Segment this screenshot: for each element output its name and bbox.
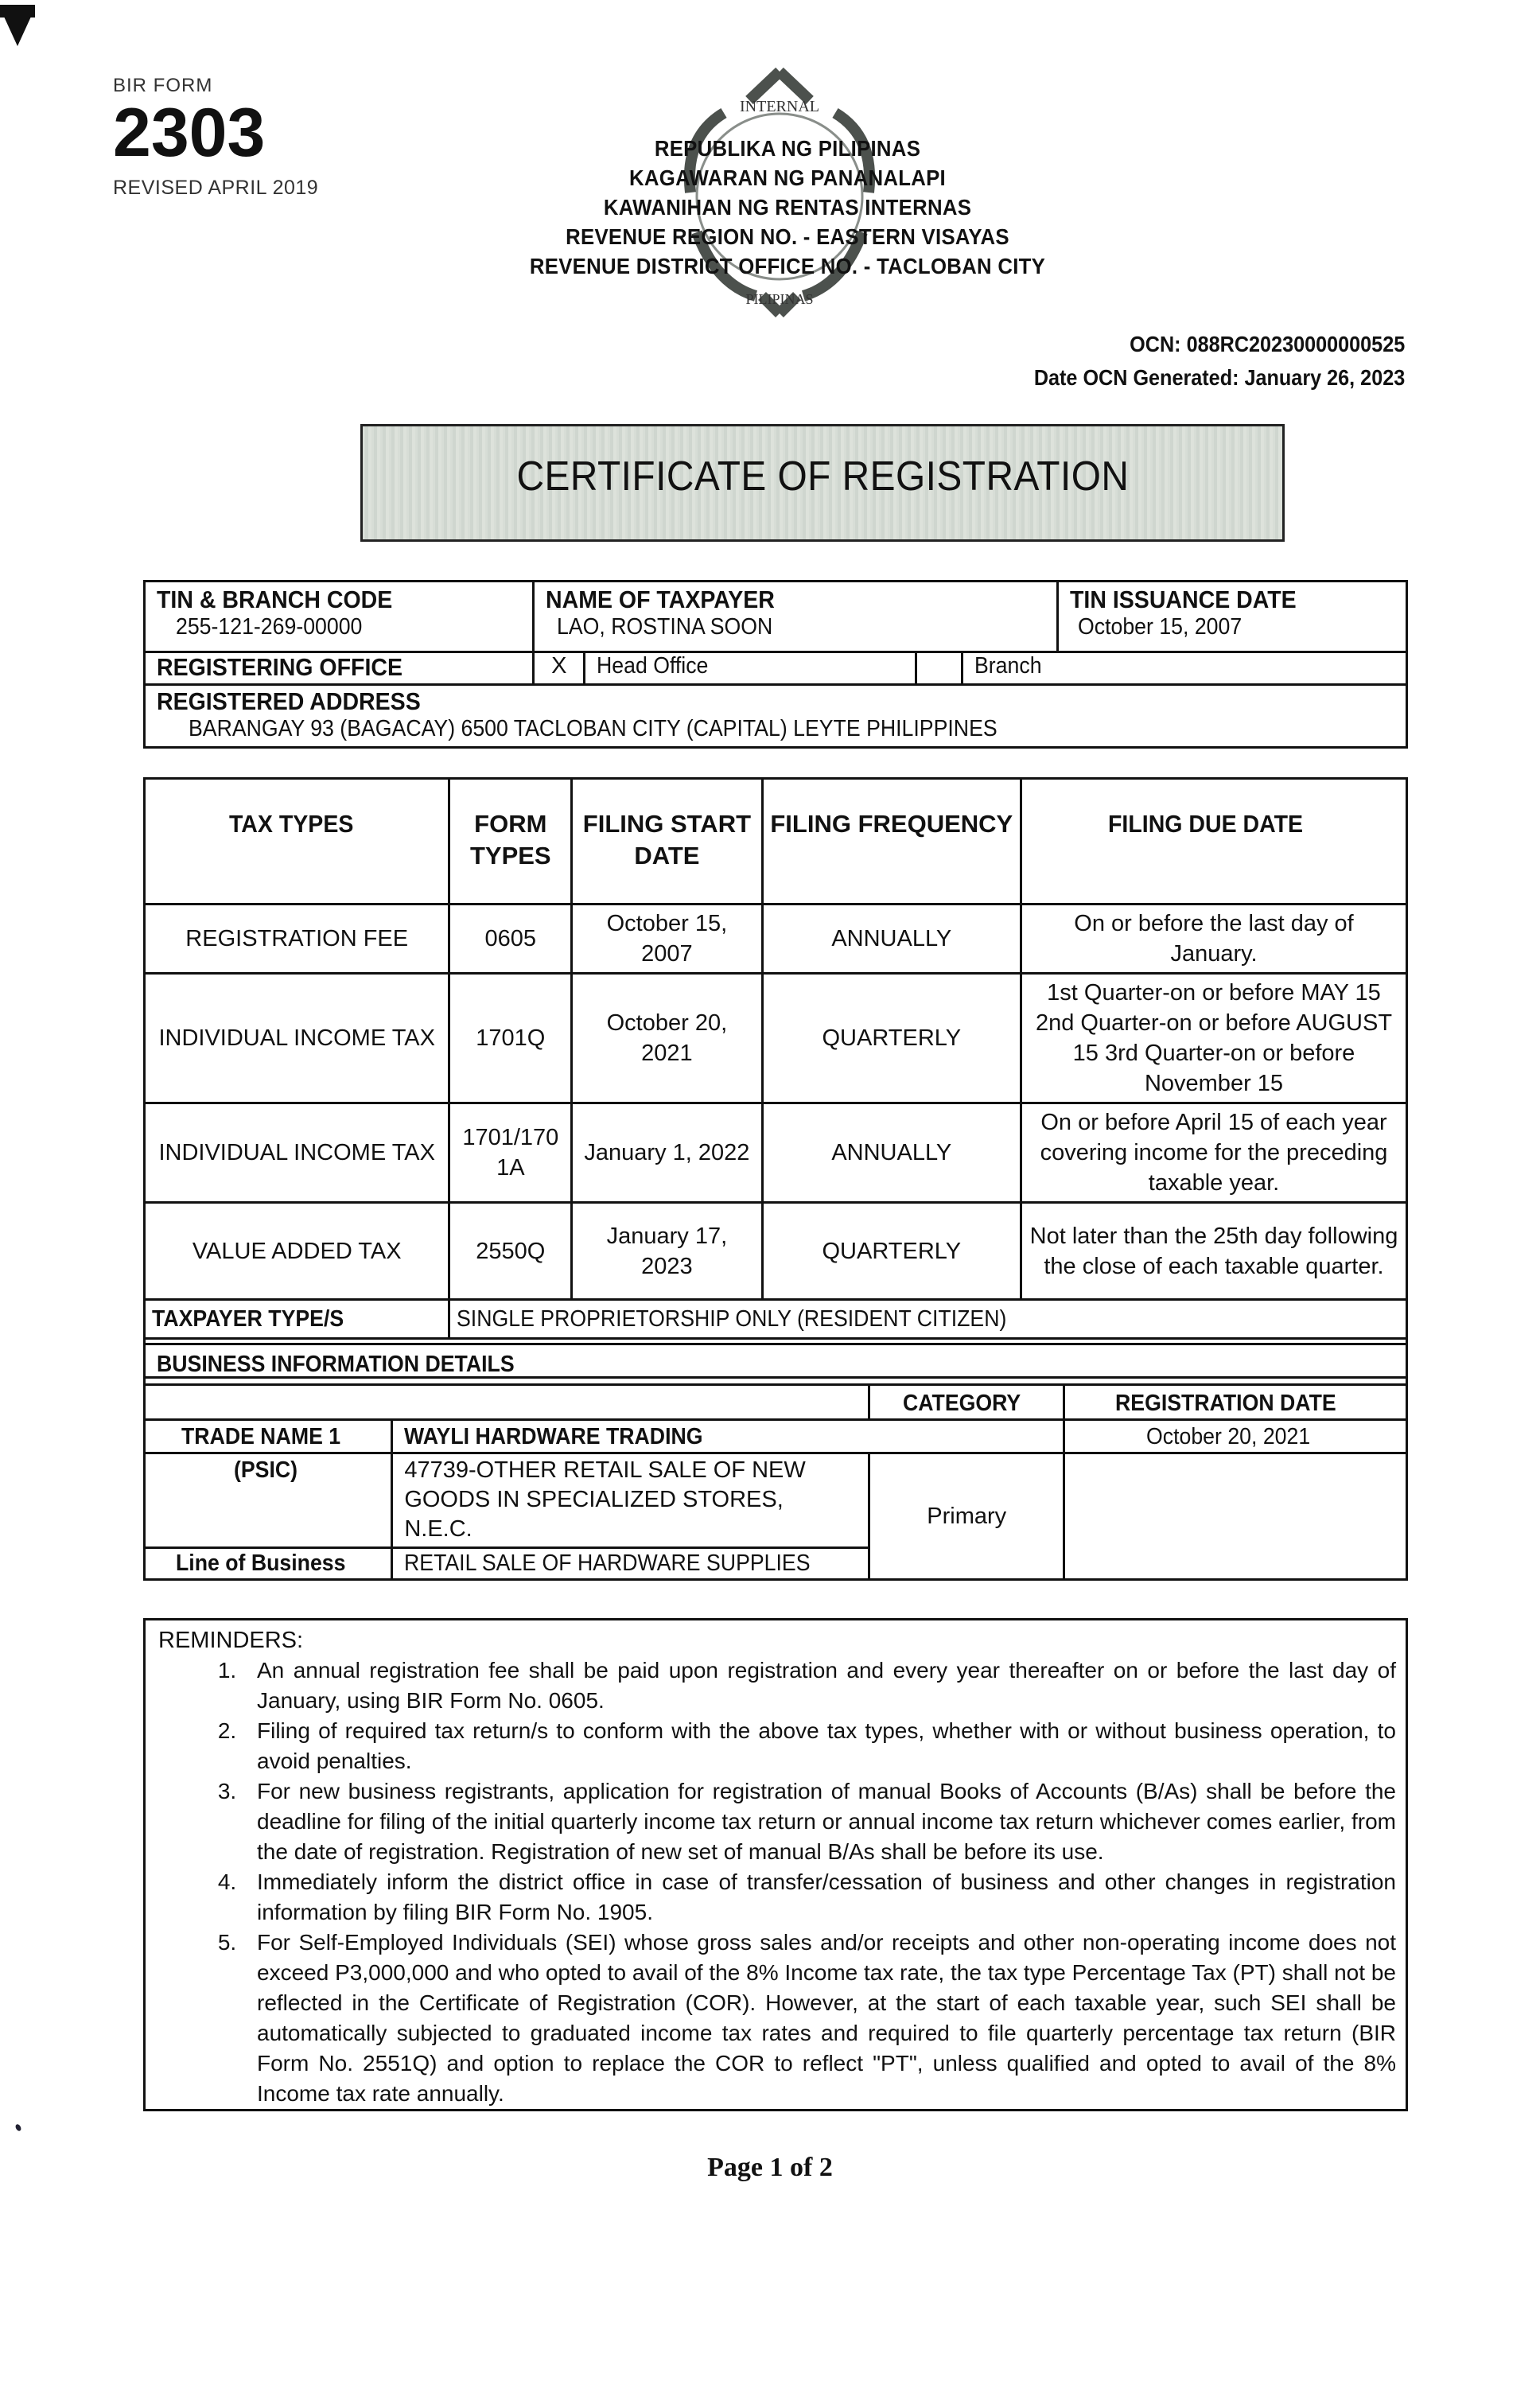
table-row: TAXPAYER TYPE/S SINGLE PROPRIETORSHIP ON… — [145, 1300, 1407, 1339]
tin-label: TIN & BRANCH CODE — [157, 586, 392, 614]
line-of-business-value: RETAIL SALE OF HARDWARE SUPPLIES — [404, 1549, 811, 1578]
ocn-number: OCN: 088RC20230000000525 — [1034, 328, 1405, 361]
agency-line: KAWANIHAN NG RENTAS INTERNAS — [472, 193, 1102, 222]
empty-cell — [145, 1385, 869, 1420]
table-row: REGISTRATION FEE 0605 October 15, 2007 A… — [145, 905, 1407, 974]
registration-date-header: REGISTRATION DATE — [1064, 1385, 1407, 1420]
reminders-box: REMINDERS: An annual registration fee sh… — [143, 1618, 1408, 2111]
column-header: FORM TYPES — [449, 779, 572, 905]
trade-name-value: WAYLI HARDWARE TRADING — [404, 1422, 703, 1452]
table-row: TRADE NAME 1 WAYLI HARDWARE TRADING Octo… — [145, 1420, 1407, 1453]
list-item: For Self-Employed Individuals (SEI) whos… — [243, 1928, 1396, 2109]
business-info-table: BUSINESS INFORMATION DETAILS CATEGORY RE… — [143, 1343, 1408, 1581]
reminders-heading: REMINDERS: — [158, 1625, 1396, 1655]
reminders-list: An annual registration fee shall be paid… — [158, 1655, 1396, 2109]
table-header-row: TAX TYPES FORM TYPES FILING START DATE F… — [145, 779, 1407, 905]
document-title: CERTIFICATE OF REGISTRATION — [516, 453, 1129, 500]
registering-office-label-cell: REGISTERING OFFICE — [145, 652, 534, 685]
tax-type-cell: VALUE ADDED TAX — [145, 1203, 449, 1300]
head-office-label-cell: Head Office — [585, 652, 916, 685]
category-value: Primary — [927, 1504, 1006, 1529]
agency-line: REPUBLIKA NG PILIPINAS — [472, 134, 1102, 163]
start-date-cell: October 20, 2021 — [572, 974, 762, 1103]
psic-label: (PSIC) — [234, 1456, 297, 1485]
frequency-cell: QUARTERLY — [762, 974, 1021, 1103]
tax-type-cell: INDIVIDUAL INCOME TAX — [145, 1103, 449, 1203]
line-of-business-value-cell: RETAIL SALE OF HARDWARE SUPPLIES — [392, 1548, 869, 1580]
head-office-checkbox: X — [534, 652, 585, 685]
start-date-cell: October 15, 2007 — [572, 905, 762, 974]
category-header: CATEGORY — [869, 1385, 1064, 1420]
table-row: TIN & BRANCH CODE 255-121-269-00000 NAME… — [145, 582, 1407, 652]
due-date-cell: On or before April 15 of each year cover… — [1021, 1103, 1407, 1203]
tin-cell: TIN & BRANCH CODE 255-121-269-00000 — [145, 582, 534, 652]
form-type-cell: 2550Q — [449, 1203, 572, 1300]
agency-line: KAGAWARAN NG PANANALAPI — [472, 163, 1102, 193]
table-row: REGISTERED ADDRESS BARANGAY 93 (BAGACAY)… — [145, 685, 1407, 748]
psic-value: 47739-OTHER RETAIL SALE OF NEW GOODS IN … — [404, 1457, 805, 1542]
branch-label: Branch — [974, 653, 1042, 679]
due-date-cell: Not later than the 25th day following th… — [1021, 1203, 1407, 1300]
tax-types-table: TAX TYPES FORM TYPES FILING START DATE F… — [143, 777, 1408, 1379]
list-item: An annual registration fee shall be paid… — [243, 1655, 1396, 1716]
due-date-cell: 1st Quarter-on or before MAY 15 2nd Quar… — [1021, 974, 1407, 1103]
form-type-cell: 1701/1701A — [449, 1103, 572, 1203]
frequency-cell: ANNUALLY — [762, 1103, 1021, 1203]
column-header: TAX TYPES — [145, 779, 449, 905]
form-identifier: BIR FORM 2303 REVISED APRIL 2019 — [113, 75, 318, 200]
taxpayer-name-value: LAO, ROSTINA SOON — [557, 614, 772, 640]
svg-text:INTERNAL: INTERNAL — [740, 98, 819, 115]
head-office-label: Head Office — [597, 653, 708, 679]
business-section-label: BUSINESS INFORMATION DETAILS — [157, 1350, 515, 1379]
branch-checkbox — [916, 652, 962, 685]
taxpayer-type-label-cell: TAXPAYER TYPE/S — [145, 1300, 449, 1339]
line-of-business-label-cell: Line of Business — [145, 1548, 392, 1580]
document-title-box: CERTIFICATE OF REGISTRATION — [360, 424, 1285, 542]
taxpayer-type-label: TAXPAYER TYPE/S — [152, 1304, 344, 1334]
taxpayer-type-value: SINGLE PROPRIETORSHIP ONLY (RESIDENT CIT… — [457, 1304, 1006, 1334]
start-date-cell: January 1, 2022 — [572, 1103, 762, 1203]
registering-office-label: REGISTERING OFFICE — [157, 653, 402, 682]
trade-name-label-cell: TRADE NAME 1 — [145, 1420, 392, 1453]
scan-artifact — [0, 8, 35, 46]
table-row: (PSIC) 47739-OTHER RETAIL SALE OF NEW GO… — [145, 1453, 1407, 1548]
tin-issuance-cell: TIN ISSUANCE DATE October 15, 2007 — [1057, 582, 1406, 652]
table-row: REGISTERING OFFICE X Head Office Branch — [145, 652, 1407, 685]
form-revision: REVISED APRIL 2019 — [113, 177, 318, 200]
table-row: VALUE ADDED TAX 2550Q January 17, 2023 Q… — [145, 1203, 1407, 1300]
trade-name-value-cell: WAYLI HARDWARE TRADING — [392, 1420, 1064, 1453]
form-type-cell: 1701Q — [449, 974, 572, 1103]
address-cell: REGISTERED ADDRESS BARANGAY 93 (BAGACAY)… — [145, 685, 1407, 748]
list-item: Filing of required tax return/s to confo… — [243, 1716, 1396, 1776]
agency-line: REVENUE DISTRICT OFFICE NO. - TACLOBAN C… — [472, 251, 1102, 281]
table-row: INDIVIDUAL INCOME TAX 1701Q October 20, … — [145, 974, 1407, 1103]
taxpayer-type-value-cell: SINGLE PROPRIETORSHIP ONLY (RESIDENT CIT… — [449, 1300, 1407, 1339]
business-section-cell: BUSINESS INFORMATION DETAILS — [145, 1344, 1407, 1385]
column-header: FILING START DATE — [572, 779, 762, 905]
svg-text:PILIPINAS: PILIPINAS — [745, 291, 813, 307]
ocn-date: Date OCN Generated: January 26, 2023 — [1034, 361, 1405, 395]
taxpayer-name-cell: NAME OF TAXPAYER LAO, ROSTINA SOON — [534, 582, 1057, 652]
tax-type-cell: REGISTRATION FEE — [145, 905, 449, 974]
list-item: For new business registrants, applicatio… — [243, 1776, 1396, 1867]
list-item: Immediately inform the district office i… — [243, 1867, 1396, 1928]
branch-label-cell: Branch — [962, 652, 1407, 685]
tin-issuance-label: TIN ISSUANCE DATE — [1070, 586, 1297, 614]
frequency-cell: QUARTERLY — [762, 1203, 1021, 1300]
form-label: BIR FORM — [113, 75, 318, 97]
category-cell: Primary — [869, 1453, 1064, 1580]
tin-value: 255-121-269-00000 — [176, 614, 362, 640]
agency-line: REVENUE REGION NO. - EASTERN VISAYAS — [472, 222, 1102, 251]
taxpayer-name-label: NAME OF TAXPAYER — [546, 586, 775, 614]
table-row: BUSINESS INFORMATION DETAILS — [145, 1344, 1407, 1385]
registration-date-value: October 20, 2021 — [1146, 1422, 1310, 1452]
scan-artifact — [14, 2123, 22, 2132]
table-row: CATEGORY REGISTRATION DATE — [145, 1385, 1407, 1420]
page-number: Page 1 of 2 — [0, 2153, 1540, 2183]
trade-name-label: TRADE NAME 1 — [181, 1422, 340, 1452]
tin-issuance-value: October 15, 2007 — [1078, 614, 1242, 640]
empty-cell — [1064, 1453, 1407, 1580]
address-value: BARANGAY 93 (BAGACAY) 6500 TACLOBAN CITY… — [189, 716, 997, 742]
form-type-cell: 0605 — [449, 905, 572, 974]
line-of-business-label: Line of Business — [176, 1549, 345, 1578]
column-header: FILING DUE DATE — [1021, 779, 1407, 905]
table-row: INDIVIDUAL INCOME TAX 1701/1701A January… — [145, 1103, 1407, 1203]
tax-type-cell: INDIVIDUAL INCOME TAX — [145, 974, 449, 1103]
registration-date-cell: October 20, 2021 — [1064, 1420, 1407, 1453]
psic-label-cell: (PSIC) — [145, 1453, 392, 1548]
address-label: REGISTERED ADDRESS — [157, 687, 421, 716]
taxpayer-info-table: TIN & BRANCH CODE 255-121-269-00000 NAME… — [143, 580, 1408, 749]
psic-value-cell: 47739-OTHER RETAIL SALE OF NEW GOODS IN … — [392, 1453, 869, 1548]
due-date-cell: On or before the last day of January. — [1021, 905, 1407, 974]
start-date-cell: January 17, 2023 — [572, 1203, 762, 1300]
form-number: 2303 — [113, 99, 318, 167]
frequency-cell: ANNUALLY — [762, 905, 1021, 974]
column-header: FILING FREQUENCY — [762, 779, 1021, 905]
ocn-block: OCN: 088RC20230000000525 Date OCN Genera… — [1034, 328, 1405, 395]
agency-header: REPUBLIKA NG PILIPINAS KAGAWARAN NG PANA… — [472, 134, 1102, 281]
head-office-mark: X — [551, 653, 566, 679]
